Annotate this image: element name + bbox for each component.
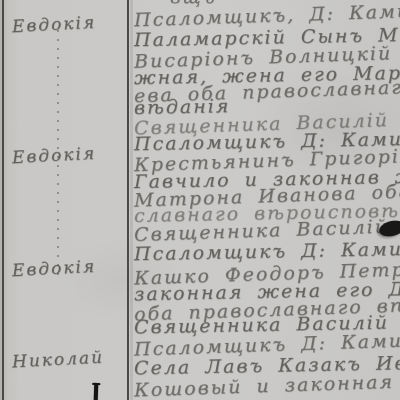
page-left-border: [2, 0, 4, 400]
margin-name: Евдокія: [12, 13, 97, 37]
margin-name: Евдокія: [12, 144, 97, 168]
pen-stroke-mark: [94, 383, 99, 400]
register-page-scan: Евдокія Евдокія Евдокія Николай вщъ Псал…: [0, 0, 400, 400]
column-divider: [127, 0, 129, 400]
margin-name: Николай: [12, 348, 105, 373]
column-divider-shadow: [130, 0, 133, 400]
margin-name: Евдокія: [12, 257, 97, 281]
